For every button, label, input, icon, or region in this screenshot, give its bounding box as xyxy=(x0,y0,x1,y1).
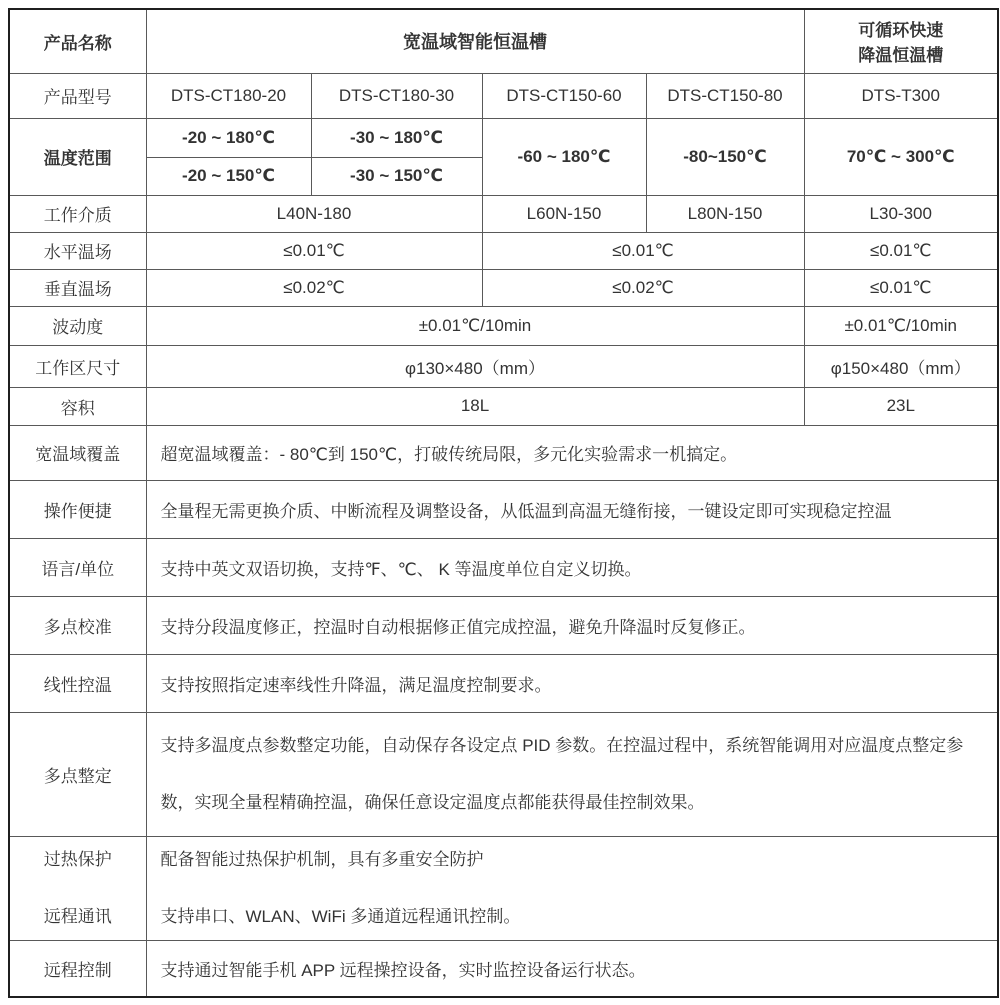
vertical-field-label: 垂直温场 xyxy=(9,269,146,306)
feature-text-language-unit: 支持中英文双语切换，支持℉、℃、 K 等温度单位自定义切换。 xyxy=(146,538,998,596)
vertical-field-cell-1: ≤0.02℃ xyxy=(146,269,482,306)
feature-text-multipoint-calibration: 支持分段温度修正，控温时自动根据修正值完成控温，避免升降温时反复修正。 xyxy=(146,596,998,654)
model-cell-3: DTS-CT150-60 xyxy=(482,73,646,118)
work-zone-row: 工作区尺寸 φ130×480（mm） φ150×480（mm） xyxy=(9,345,998,387)
work-zone-cell-1: φ130×480（mm） xyxy=(146,345,804,387)
remote-comm-label: 远程通讯 xyxy=(18,907,138,927)
remote-control-label: 远程控制 xyxy=(9,940,146,997)
horizontal-field-cell-3: ≤0.01℃ xyxy=(804,232,998,269)
vertical-field-row: 垂直温场 ≤0.02℃ ≤0.02℃ ≤0.01℃ xyxy=(9,269,998,306)
volume-cell-1: 18L xyxy=(146,387,804,425)
vertical-field-cell-3: ≤0.01℃ xyxy=(804,269,998,306)
horizontal-field-cell-1: ≤0.01℃ xyxy=(146,232,482,269)
temp-range-c1-high: -20 ~ 180℃ xyxy=(146,118,311,157)
spec-sheet-page: 产品名称 宽温域智能恒温槽 可循环快速 降温恒温槽 产品型号 DTS-CT180… xyxy=(0,0,1000,1005)
model-cell-1: DTS-CT180-20 xyxy=(146,73,311,118)
horizontal-field-cell-2: ≤0.01℃ xyxy=(482,232,804,269)
model-cell-4: DTS-CT150-80 xyxy=(646,73,804,118)
cooling-bath-title-cell: 可循环快速 降温恒温槽 xyxy=(804,9,998,73)
feature-text-wide-range: 超宽温域覆盖：- 80℃到 150℃，打破传统局限，多元化实验需求一机搞定。 xyxy=(146,425,998,480)
safety-comm-row: 过热保护 远程通讯 配备智能过热保护机制，具有多重安全防护 支持串口、WLAN、… xyxy=(9,836,998,940)
feature-row-multipoint-tuning: 多点整定 支持多温度点参数整定功能，自动保存各设定点 PID 参数。在控温过程中… xyxy=(9,712,998,836)
temp-range-c1-low: -20 ~ 150℃ xyxy=(146,157,311,195)
product-name-label: 产品名称 xyxy=(9,9,146,73)
safety-comm-label-cell: 过热保护 远程通讯 xyxy=(9,836,146,940)
work-zone-cell-2: φ150×480（mm） xyxy=(804,345,998,387)
feature-row-language-unit: 语言/单位 支持中英文双语切换，支持℉、℃、 K 等温度单位自定义切换。 xyxy=(9,538,998,596)
temp-range-c3: -60 ~ 180℃ xyxy=(482,118,646,195)
cooling-bath-title-line2: 降温恒温槽 xyxy=(813,41,990,66)
temp-range-c5: 70℃ ~ 300℃ xyxy=(804,118,998,195)
medium-cell-4: L30-300 xyxy=(804,195,998,232)
feature-row-easy-operation: 操作便捷 全量程无需更换介质、中断流程及调整设备，从低温到高温无缝衔接，一键设定… xyxy=(9,480,998,538)
vertical-field-cell-2: ≤0.02℃ xyxy=(482,269,804,306)
temp-range-c2-high: -30 ~ 180℃ xyxy=(311,118,482,157)
series-title-cell: 宽温域智能恒温槽 xyxy=(146,9,804,73)
fluctuation-cell-1: ±0.01℃/10min xyxy=(146,306,804,345)
fluctuation-row: 波动度 ±0.01℃/10min ±0.01℃/10min xyxy=(9,306,998,345)
medium-row: 工作介质 L40N-180 L60N-150 L80N-150 L30-300 xyxy=(9,195,998,232)
feature-label-easy-operation: 操作便捷 xyxy=(9,480,146,538)
work-zone-label: 工作区尺寸 xyxy=(9,345,146,387)
medium-cell-2: L60N-150 xyxy=(482,195,646,232)
feature-row-wide-range: 宽温域覆盖 超宽温域覆盖：- 80℃到 150℃，打破传统局限，多元化实验需求一… xyxy=(9,425,998,480)
model-cell-2: DTS-CT180-30 xyxy=(311,73,482,118)
model-row: 产品型号 DTS-CT180-20 DTS-CT180-30 DTS-CT150… xyxy=(9,73,998,118)
fluctuation-cell-2: ±0.01℃/10min xyxy=(804,306,998,345)
feature-text-multipoint-tuning: 支持多温度点参数整定功能，自动保存各设定点 PID 参数。在控温过程中，系统智能… xyxy=(146,712,998,836)
medium-cell-1: L40N-180 xyxy=(146,195,482,232)
model-row-label: 产品型号 xyxy=(9,73,146,118)
model-cell-5: DTS-T300 xyxy=(804,73,998,118)
medium-label: 工作介质 xyxy=(9,195,146,232)
horizontal-field-row: 水平温场 ≤0.01℃ ≤0.01℃ ≤0.01℃ xyxy=(9,232,998,269)
feature-label-multipoint-tuning: 多点整定 xyxy=(9,712,146,836)
temp-range-label: 温度范围 xyxy=(9,118,146,195)
feature-text-easy-operation: 全量程无需更换介质、中断流程及调整设备，从低温到高温无缝衔接，一键设定即可实现稳… xyxy=(146,480,998,538)
feature-label-linear-control: 线性控温 xyxy=(9,654,146,712)
volume-row: 容积 18L 23L xyxy=(9,387,998,425)
feature-text-linear-control: 支持按照指定速率线性升降温，满足温度控制要求。 xyxy=(146,654,998,712)
remote-control-text: 支持通过智能手机 APP 远程操控设备，实时监控设备运行状态。 xyxy=(146,940,998,997)
header-row: 产品名称 宽温域智能恒温槽 可循环快速 降温恒温槽 xyxy=(9,9,998,73)
temp-range-c2-low: -30 ~ 150℃ xyxy=(311,157,482,195)
safety-comm-text-cell: 配备智能过热保护机制，具有多重安全防护 支持串口、WLAN、WiFi 多通道远程… xyxy=(146,836,998,940)
overheat-protection-text: 配备智能过热保护机制，具有多重安全防护 xyxy=(161,850,984,870)
temp-range-c4: -80~150℃ xyxy=(646,118,804,195)
remote-control-row: 远程控制 支持通过智能手机 APP 远程操控设备，实时监控设备运行状态。 xyxy=(9,940,998,997)
product-spec-table: 产品名称 宽温域智能恒温槽 可循环快速 降温恒温槽 产品型号 DTS-CT180… xyxy=(8,8,999,998)
temp-range-row-top: 温度范围 -20 ~ 180℃ -30 ~ 180℃ -60 ~ 180℃ -8… xyxy=(9,118,998,157)
cooling-bath-title-line1: 可循环快速 xyxy=(813,16,990,41)
overheat-protection-label: 过热保护 xyxy=(18,850,138,870)
remote-comm-text: 支持串口、WLAN、WiFi 多通道远程通讯控制。 xyxy=(161,907,984,927)
feature-row-linear-control: 线性控温 支持按照指定速率线性升降温，满足温度控制要求。 xyxy=(9,654,998,712)
feature-label-multipoint-calibration: 多点校准 xyxy=(9,596,146,654)
volume-label: 容积 xyxy=(9,387,146,425)
feature-label-wide-range: 宽温域覆盖 xyxy=(9,425,146,480)
horizontal-field-label: 水平温场 xyxy=(9,232,146,269)
volume-cell-2: 23L xyxy=(804,387,998,425)
feature-row-multipoint-calibration: 多点校准 支持分段温度修正，控温时自动根据修正值完成控温，避免升降温时反复修正。 xyxy=(9,596,998,654)
medium-cell-3: L80N-150 xyxy=(646,195,804,232)
fluctuation-label: 波动度 xyxy=(9,306,146,345)
feature-label-language-unit: 语言/单位 xyxy=(9,538,146,596)
